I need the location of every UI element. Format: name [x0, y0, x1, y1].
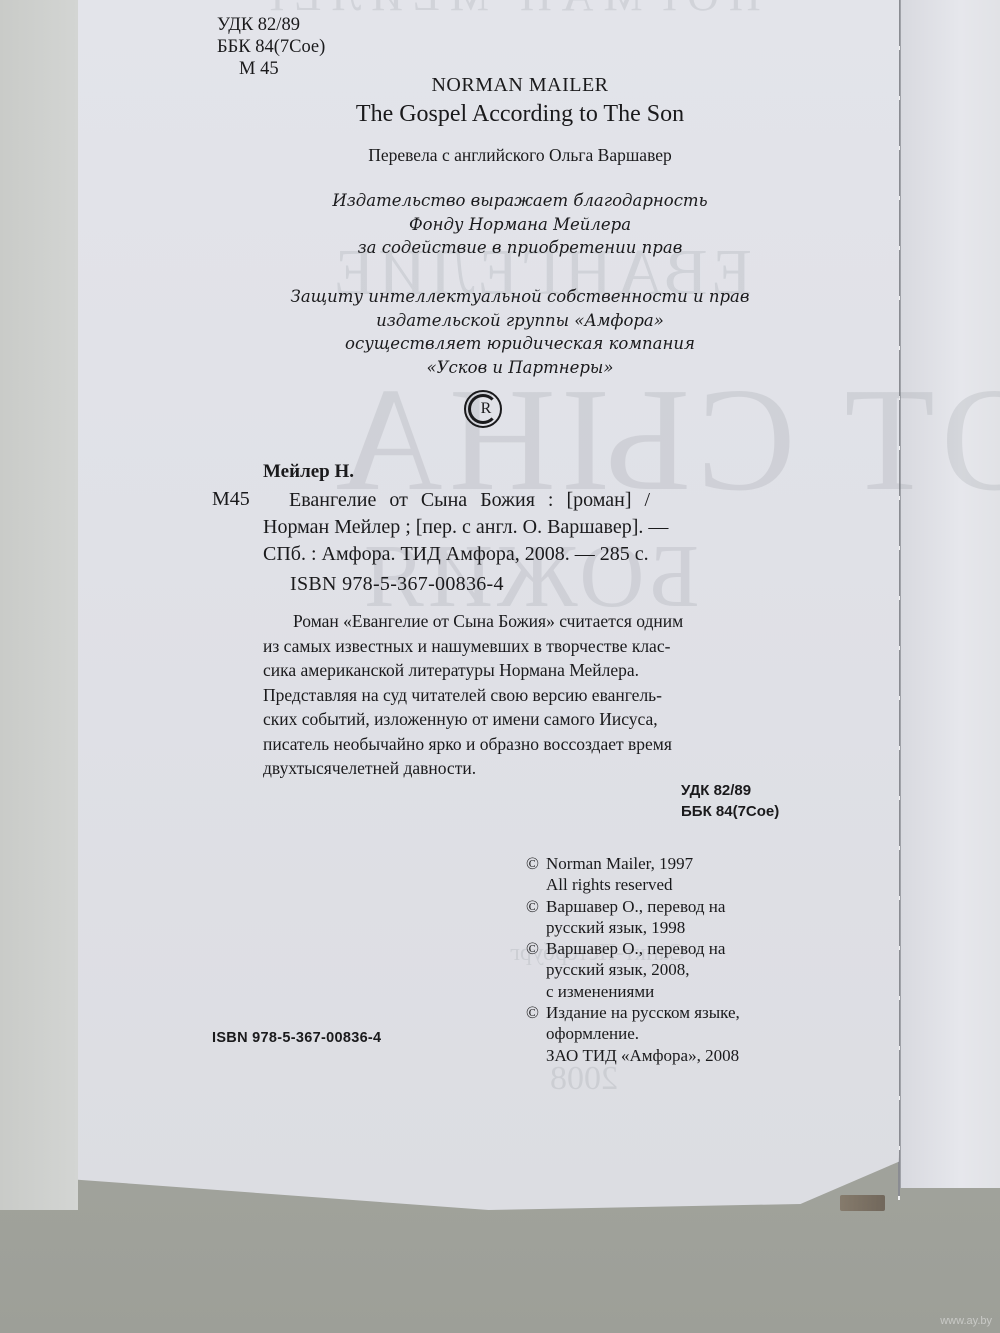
copyright-icon: ©	[526, 1002, 546, 1066]
copyright-item: © Norman Mailer, 1997 All rights reserve…	[526, 853, 740, 896]
annotation-line: ских событий, изложенную от имени самого…	[263, 707, 683, 732]
copyright-item: © Издание на русском языке, оформление. …	[526, 1002, 740, 1066]
bibliographic-line: Евангелие от Сына Божия : [роман] /	[263, 487, 668, 514]
acknowledgement-line: за содействие в приобретении прав	[240, 236, 800, 260]
acknowledgement-line: Фонду Нормана Мейлера	[240, 213, 800, 237]
annotation-paragraph: Роман «Евангелие от Сына Божия» считаетс…	[263, 609, 683, 781]
copyright-registered-logo-icon: R	[464, 390, 502, 428]
copyright-line: с изменениями	[546, 981, 725, 1002]
isbn-record: ISBN 978-5-367-00836-4	[290, 573, 504, 596]
annotation-line: Представляя на суд читателей свою версию…	[263, 683, 683, 708]
copyright-line: русский язык, 2008,	[546, 959, 725, 980]
legal-line: «Усков и Партнеры»	[240, 356, 800, 380]
isbn-bottom: ISBN 978-5-367-00836-4	[212, 1030, 381, 1046]
copyright-line: Издание на русском языке,	[546, 1002, 740, 1023]
bbk-code: ББК 84(7Сое)	[217, 36, 325, 58]
copyright-icon: ©	[526, 896, 546, 939]
annotation-line: писатель необычайно ярко и образно воссо…	[263, 732, 683, 757]
book-page	[78, 0, 899, 1210]
copyright-line: Варшавер О., перевод на	[546, 938, 725, 959]
acknowledgement-block: Издательство выражает благодарность Фонд…	[240, 189, 800, 260]
top-classification-codes: УДК 82/89 ББК 84(7Сое) М 45	[217, 14, 325, 80]
legal-line: осуществляет юридическая компания	[240, 332, 800, 356]
site-watermark: www.ay.by	[940, 1315, 992, 1327]
copyright-item: © Варшавер О., перевод на русский язык, …	[526, 938, 740, 1002]
copyright-notices: © Norman Mailer, 1997 All rights reserve…	[526, 853, 740, 1066]
background-surface	[0, 0, 78, 1210]
annotation-line: двухтысячелетней давности.	[263, 756, 683, 781]
legal-line: Защиту интеллектуальной собственности и …	[240, 285, 800, 309]
bibliographic-author-heading: Мейлер Н.	[263, 461, 354, 483]
udk-code-bold: УДК 82/89	[681, 780, 779, 801]
copyright-item: © Варшавер О., перевод на русский язык, …	[526, 896, 740, 939]
copyright-line: Варшавер О., перевод на	[546, 896, 725, 917]
original-title: The Gospel According to The Son	[240, 101, 800, 128]
bibliographic-line: СПб. : Амфора. ТИД Амфора, 2008. — 285 с…	[263, 541, 668, 568]
annotation-line: из самых известных и нашумевших в творче…	[263, 634, 683, 659]
copyright-line: русский язык, 1998	[546, 917, 725, 938]
copyright-line: All rights reserved	[546, 874, 693, 895]
copyright-line: ЗАО ТИД «Амфора», 2008	[546, 1045, 740, 1066]
copyright-line: оформление.	[546, 1023, 740, 1044]
copyright-icon: ©	[526, 938, 546, 1002]
classification-codes: УДК 82/89 ББК 84(7Сое)	[681, 780, 779, 822]
annotation-line: Роман «Евангелие от Сына Божия» считаетс…	[263, 609, 683, 634]
acknowledgement-line: Издательство выражает благодарность	[240, 189, 800, 213]
original-author: NORMAN MAILER	[240, 74, 800, 97]
logo-letter: R	[481, 400, 492, 418]
copyright-line: Norman Mailer, 1997	[546, 853, 693, 874]
bibliographic-description: Евангелие от Сына Божия : [роман] / Норм…	[263, 487, 668, 568]
adjacent-page	[900, 0, 1000, 1188]
bibliographic-author-mark: М45	[212, 488, 250, 511]
bbk-code-bold: ББК 84(7Сое)	[681, 801, 779, 822]
book-cover-edge	[840, 1195, 885, 1211]
legal-protection-block: Защиту интеллектуальной собственности и …	[240, 285, 800, 379]
copyright-icon: ©	[526, 853, 546, 896]
translator-credit: Перевела с английского Ольга Варшавер	[240, 145, 800, 166]
annotation-line: сика американской литературы Нормана Мей…	[263, 658, 683, 683]
bibliographic-line: Норман Мейлер ; [пер. с англ. О. Варшаве…	[263, 514, 668, 541]
udk-code: УДК 82/89	[217, 14, 325, 36]
legal-line: издательской группы «Амфора»	[240, 309, 800, 333]
